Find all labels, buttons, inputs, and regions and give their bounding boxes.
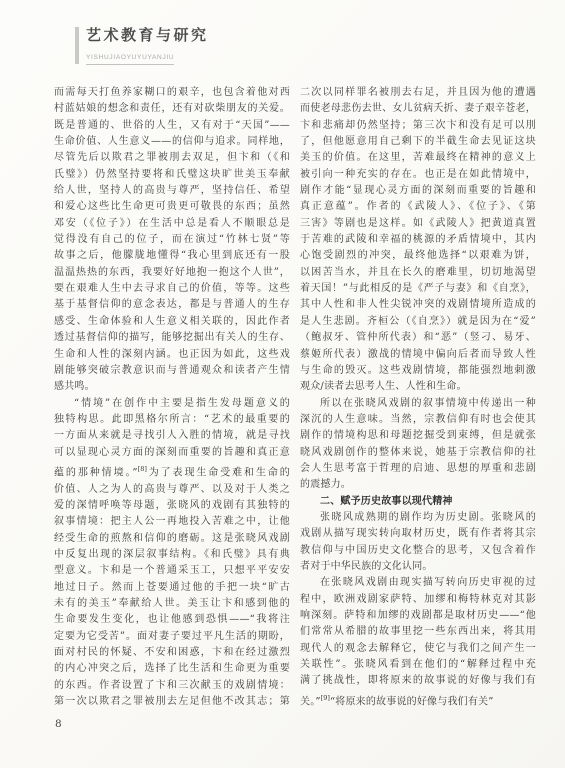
text-line: 现代人的观念去解释它，使它与我们之间产生一 bbox=[300, 641, 536, 657]
text-line: 关联性”。张晓风看到在他们的“解释过程中充 bbox=[300, 657, 536, 673]
text-segment: 给人世，坚持人的高贵与尊严，坚持信任、希望 bbox=[54, 185, 290, 196]
text-line: 美玉的价值。在这里，苦难最终在精神的意义上 bbox=[300, 150, 536, 166]
text-segment: 二、赋予历史故事以现代精神 bbox=[320, 496, 453, 507]
text-segment: 面对村民的怀疑、不安和困惑，卞和在经过激烈 bbox=[54, 647, 290, 658]
text-segment: 会人生思考富于哲理的启迪、思想的厚重和悲剧 bbox=[300, 463, 536, 474]
text-segment: 的东西。作者设置了卞和三次献玉的戏剧情境： bbox=[54, 680, 290, 691]
text-segment: 价值、人之为人的高贵与尊严、以及对于人类之 bbox=[54, 484, 290, 495]
text-segment: 戏剧从描写现实转向取材历史，既有作者将其宗 bbox=[300, 528, 536, 539]
text-segment: 为了表现生命受难和生命的 bbox=[147, 467, 290, 478]
text-line: 了，但他愿意用自己剩下的半截生命去见证这块 bbox=[300, 134, 536, 150]
text-line: 的震撼力。 bbox=[300, 477, 536, 493]
footnote-reference: [9] bbox=[321, 694, 330, 702]
text-line: 面对村民的怀疑、不安和困惑，卞和在经过激烈 bbox=[54, 645, 290, 661]
journal-title: 艺术教育与研究 bbox=[86, 26, 209, 44]
text-line: 与生命的毁灭。这些戏剧情境，都能强烈地刺激 bbox=[300, 363, 536, 379]
text-segment: 深沉的人生意味。当然，宗教信仰有时也会使其 bbox=[300, 414, 536, 425]
text-line: 关。”[9]“将原来的故事说的好像与我们有关” bbox=[300, 690, 536, 711]
text-segment: 满了挑战性，即将原来的故事说的好像与我们有 bbox=[300, 675, 536, 686]
text-line: 基于基督信仰的意念表达，都是与普通人的生存 bbox=[54, 297, 290, 313]
text-segment: 教信仰与中国历史文化整合的思考，又包含着作 bbox=[300, 545, 536, 556]
text-segment: 的内心冲突之后，选择了比生活和生命更为重要 bbox=[54, 663, 290, 674]
text-segment: 而使老母悲伤去世、女儿贫病夭折、妻子艰辛苍老， bbox=[300, 103, 536, 114]
text-segment: 着天国！”与此相反的是《严子与妻》和《自烹》， bbox=[300, 283, 536, 294]
text-segment: 经受生命的煎熬和信仰的磨砺。这是张晓风戏剧 bbox=[54, 533, 290, 544]
text-line: 生命和人性的深刻内涵。也正因为如此，这些戏 bbox=[54, 347, 290, 363]
text-line: “情境”在创作中主要是指生发母题意义的 bbox=[54, 396, 290, 412]
text-line: 爱的深情呼唤等母题，张晓风的戏剧有其独特的 bbox=[54, 498, 290, 514]
text-line: 村蓝姑娘的想念和责任，还有对砍柴朋友的关爱。 bbox=[54, 101, 290, 117]
text-column-left: 而需每天打鱼养家糊口的艰辛，也包含着他对西村蓝姑娘的想念和责任，还有对砍柴朋友的… bbox=[54, 85, 290, 710]
text-line: 定要为它受苦”。面对妻子要过平凡生活的期盼， bbox=[54, 629, 290, 645]
text-segment: 未有的美玉”奉献给人世。美玉让卞和感到他的 bbox=[54, 598, 290, 609]
text-line: 价值、人之为人的高贵与尊严、以及对于人类之 bbox=[54, 482, 290, 498]
text-segment: 邓安（《位子》）在生活中总是看人不顺眼总是 bbox=[54, 218, 290, 229]
text-line: 心饱受剧烈的冲突，最终他选择“以艰难为饼， bbox=[300, 248, 536, 264]
text-segment: 既是普通的、世俗的人生，又有对于“天国”—— bbox=[54, 120, 290, 131]
text-line: 剧能够突破宗教意识而与普通观众和读者产生情 bbox=[54, 363, 290, 379]
text-segment: 基于基督信仰的意念表达，都是与普通人的生存 bbox=[54, 299, 290, 310]
text-line: 二次以同样罪名被刖去右足，并且因为他的遭遇 bbox=[300, 85, 536, 101]
text-line: 而需每天打鱼养家糊口的艰辛，也包含着他对西 bbox=[54, 85, 290, 101]
text-line: 观众/读者去思考人生、人性和生命。 bbox=[300, 379, 536, 395]
text-segment: 定要为它受苦”。面对妻子要过平凡生活的期盼， bbox=[54, 631, 290, 642]
text-line: 剧作才能“显现心灵方面的深刻而重要的旨趣和 bbox=[300, 183, 536, 199]
text-line: 中反复出现的深层叙事结构。《和氏璧》具有典 bbox=[54, 547, 290, 563]
journal-title-pinyin: YISHUJIAOYUYUYANJIU bbox=[86, 54, 174, 65]
text-segment: 张晓风成熟期的剧作均为历史剧。张晓风的 bbox=[320, 512, 536, 523]
text-segment: 被引向一种充实的存在。也正是在如此情境中， bbox=[300, 169, 536, 180]
text-line: 戏剧从描写现实转向取材历史，既有作者将其宗 bbox=[300, 526, 536, 542]
text-line: 响深刻。萨特和加缪的戏剧都是取材历史——“他 bbox=[300, 608, 536, 624]
text-line: 晓风戏剧创作的整体来说，她基于宗教信仰的社 bbox=[300, 445, 536, 461]
text-line: 觉得没有自己的位子，而在演过“竹林七贤”等 bbox=[54, 232, 290, 248]
page-number: 8 bbox=[55, 718, 62, 730]
text-line: 会人生思考富于哲理的启迪、思想的厚重和悲剧 bbox=[300, 461, 536, 477]
text-segment: 觉得没有自己的位子，而在演过“竹林七贤”等 bbox=[54, 234, 290, 245]
text-line: 邓安（《位子》）在生活中总是看人不顺眼总是 bbox=[54, 216, 290, 232]
text-segment: 透过基督信仰的描写，能够挖掘出有关人的生存、 bbox=[54, 332, 290, 343]
text-segment: 氏璧》）仍然坚持要将和氏璧这块旷世美玉奉献 bbox=[54, 169, 290, 180]
text-line: 地过日子。然而上苍要通过他的手把一块“旷古 bbox=[54, 580, 290, 596]
text-segment: 了，但他愿意用自己剩下的半截生命去见证这块 bbox=[300, 136, 536, 147]
text-line: 透过基督信仰的描写，能够挖掘出有关人的生存、 bbox=[54, 330, 290, 346]
text-segment: 者对于中华民族的文化认同。 bbox=[300, 561, 433, 572]
text-line: 于苦难的武陵和幸福的桃源的矛盾情境中，其内 bbox=[300, 232, 536, 248]
text-segment: 蕴的那种情境。” bbox=[54, 467, 138, 478]
text-segment: 而需每天打鱼养家糊口的艰辛，也包含着他对西 bbox=[54, 87, 290, 98]
text-line: 既是普通的、世俗的人生，又有对于“天国”—— bbox=[54, 118, 290, 134]
masthead-text: 艺术教育与研究 YISHUJIAOYUYUYANJIU bbox=[86, 26, 209, 65]
text-line: 经受生命的煎熬和信仰的磨砺。这是张晓风戏剧 bbox=[54, 531, 290, 547]
text-line: 型意义。卞和是一个普通采玉工，只想平平安安 bbox=[54, 563, 290, 579]
text-segment: 蔡姬所代表）激战的情境中偏向后者而导致人性 bbox=[300, 349, 536, 360]
text-line: 蕴的那种情境。”[8]为了表现生命受难和生命的 bbox=[54, 461, 290, 482]
text-segment: “情境”在创作中主要是指生发母题意义的 bbox=[74, 398, 290, 409]
text-segment: 真正意蕴”。作者的《武陵人》、《位子》、《第 bbox=[300, 201, 536, 212]
text-segment: 剧作才能“显现心灵方面的深刻而重要的旨趣和 bbox=[300, 185, 536, 196]
text-line: 感受、生命体验和人生意义相关联的，因此作者 bbox=[54, 314, 290, 330]
text-segment: （鲍叔牙、管仲所代表）和“恶”（竖刁、易牙、 bbox=[300, 332, 536, 343]
text-line: 真正意蕴”。作者的《武陵人》、《位子》、《第 bbox=[300, 199, 536, 215]
text-line: 而使老母悲伤去世、女儿贫病夭折、妻子艰辛苍老， bbox=[300, 101, 536, 117]
text-line: 其中人性和非人性尖锐冲突的戏剧情境所造成的 bbox=[300, 297, 536, 313]
text-segment: 观众/读者去思考人生、人性和生命。 bbox=[300, 381, 467, 392]
text-line: 和爱心这些比生命更可贵更可敬畏的东西；虽然 bbox=[54, 199, 290, 215]
text-line: 感共鸣。 bbox=[54, 379, 290, 395]
text-segment: 所以在张晓风戏剧的叙事情境中传递出一种 bbox=[320, 398, 536, 409]
text-segment: 与生命的毁灭。这些戏剧情境，都能强烈地刺激 bbox=[300, 365, 536, 376]
text-line: 给人世，坚持人的高贵与尊严，坚持信任、希望 bbox=[54, 183, 290, 199]
text-segment: 可以显现心灵方面的深刻而重要的旨趣和真正意 bbox=[54, 447, 290, 458]
text-segment: 美玉的价值。在这里，苦难最终在精神的意义上 bbox=[300, 152, 536, 163]
text-line: 尽管先后以欺君之罪被刖去双足，但卞和（《和 bbox=[54, 150, 290, 166]
text-segment: 地过日子。然而上苍要通过他的手把一块“旷古 bbox=[54, 582, 290, 593]
text-segment: 关。” bbox=[300, 696, 321, 707]
text-segment: 生命要发生变化，也让他感到恐惧——“我将注 bbox=[54, 614, 290, 625]
text-line: 生命要发生变化，也让他感到恐惧——“我将注 bbox=[54, 612, 290, 628]
text-line: 们常常从希腊的故事里挖一些东西出来，将其用 bbox=[300, 624, 536, 640]
text-segment: 感受、生命体验和人生意义相关联的，因此作者 bbox=[54, 316, 290, 327]
text-segment: 的震撼力。 bbox=[300, 479, 351, 490]
text-line: 卞和悲痛却仍然坚持；第三次卞和没有足可以刖 bbox=[300, 118, 536, 134]
footnote-reference: [8] bbox=[138, 465, 147, 473]
text-segment: 温温热热的东西，我要好好地抱一抱这个人世”， bbox=[54, 267, 290, 278]
text-line: 生命价值、人生意义——的信仰与追求。同样地， bbox=[54, 134, 290, 150]
text-segment: 是人生悲剧。齐桓公（《自烹》）就是因为在“爱” bbox=[300, 316, 536, 327]
text-segment: 以困苦当水，并且在长久的磨难里，切切地渴望 bbox=[300, 267, 536, 278]
text-segment: 们常常从希腊的故事里挖一些东西出来，将其用 bbox=[300, 626, 536, 637]
text-line: 着天国！”与此相反的是《严子与妻》和《自烹》， bbox=[300, 281, 536, 297]
journal-masthead: 艺术教育与研究 YISHUJIAOYUYUYANJIU bbox=[75, 26, 209, 65]
masthead-divider-bar bbox=[75, 27, 79, 64]
text-segment: 心饱受剧烈的冲突，最终他选择“以艰难为饼， bbox=[300, 250, 536, 261]
text-segment: 故事之后，他朦胧地懂得“我心里到底还有一股 bbox=[54, 250, 290, 261]
text-segment: 程中，欧洲戏剧家萨特、加缪和梅特林克对其影 bbox=[300, 594, 536, 605]
text-segment: 晓风戏剧创作的整体来说，她基于宗教信仰的社 bbox=[300, 447, 536, 458]
text-line: 教信仰与中国历史文化整合的思考，又包含着作 bbox=[300, 543, 536, 559]
text-line: 剧作的情境构思和母题挖掘受到束缚，但是就张 bbox=[300, 428, 536, 444]
text-line: 一方面从来就是寻找引人入胜的情境，就是寻找 bbox=[54, 428, 290, 444]
text-line: 独特构思。此即黑格尔所言：“艺术的最重要的 bbox=[54, 412, 290, 428]
text-line: 满了挑战性，即将原来的故事说的好像与我们有 bbox=[300, 673, 536, 689]
text-segment: 其中人性和非人性尖锐冲突的戏剧情境所造成的 bbox=[300, 299, 536, 310]
text-line: 的东西。作者设置了卞和三次献玉的戏剧情境： bbox=[54, 678, 290, 694]
text-line: 蔡姬所代表）激战的情境中偏向后者而导致人性 bbox=[300, 347, 536, 363]
text-segment: 独特构思。此即黑格尔所言：“艺术的最重要的 bbox=[54, 414, 290, 425]
text-line: 可以显现心灵方面的深刻而重要的旨趣和真正意 bbox=[54, 445, 290, 461]
text-segment: 爱的深情呼唤等母题，张晓风的戏剧有其独特的 bbox=[54, 500, 290, 511]
text-segment: 三害》等剧也是这样。如《武陵人》把黄道真置 bbox=[300, 218, 536, 229]
text-line: 所以在张晓风戏剧的叙事情境中传递出一种 bbox=[300, 396, 536, 412]
text-segment: 现代人的观念去解释它，使它与我们之间产生一 bbox=[300, 643, 536, 654]
text-line: 故事之后，他朦胧地懂得“我心里到底还有一股 bbox=[54, 248, 290, 264]
text-segment: 尽管先后以欺君之罪被刖去双足，但卞和（《和 bbox=[54, 152, 290, 163]
text-line: 的内心冲突之后，选择了比生活和生命更为重要 bbox=[54, 661, 290, 677]
text-segment: 生命价值、人生意义——的信仰与追求。同样地， bbox=[54, 136, 290, 147]
journal-page: 艺术教育与研究 YISHUJIAOYUYUYANJIU 而需每天打鱼养家糊口的艰… bbox=[0, 0, 565, 768]
text-segment: 在张晓风戏剧由现实描写转向历史审视的过 bbox=[320, 577, 536, 588]
section-heading: 二、赋予历史故事以现代精神 bbox=[300, 494, 536, 510]
text-segment: 要在艰难人生中去寻求自己的价值，等等。这些 bbox=[54, 283, 290, 294]
text-line: 在张晓风戏剧由现实描写转向历史审视的过 bbox=[300, 575, 536, 591]
text-segment: 和爱心这些比生命更可贵更可敬畏的东西；虽然 bbox=[54, 201, 290, 212]
text-segment: 关联性”。张晓风看到在他们的“解释过程中充 bbox=[300, 659, 536, 670]
text-line: 是人生悲剧。齐桓公（《自烹》）就是因为在“爱” bbox=[300, 314, 536, 330]
text-segment: 剧作的情境构思和母题挖掘受到束缚，但是就张 bbox=[300, 430, 536, 441]
text-segment: 感共鸣。 bbox=[54, 381, 95, 392]
text-segment: 一方面从来就是寻找引人入胜的情境，就是寻找 bbox=[54, 430, 290, 441]
text-line: 要在艰难人生中去寻求自己的价值，等等。这些 bbox=[54, 281, 290, 297]
text-line: 被引向一种充实的存在。也正是在如此情境中， bbox=[300, 167, 536, 183]
text-segment: 卞和悲痛却仍然坚持；第三次卞和没有足可以刖 bbox=[300, 120, 536, 131]
text-line: 温温热热的东西，我要好好地抱一抱这个人世”， bbox=[54, 265, 290, 281]
text-segment: 型意义。卞和是一个普通采玉工，只想平平安安 bbox=[54, 565, 290, 576]
article-body: 而需每天打鱼养家糊口的艰辛，也包含着他对西村蓝姑娘的想念和责任，还有对砍柴朋友的… bbox=[54, 85, 536, 710]
text-segment: 村蓝姑娘的想念和责任，还有对砍柴朋友的关爱。 bbox=[54, 103, 290, 114]
text-line: （鲍叔牙、管仲所代表）和“恶”（竖刁、易牙、 bbox=[300, 330, 536, 346]
text-line: 深沉的人生意味。当然，宗教信仰有时也会使其 bbox=[300, 412, 536, 428]
text-line: 氏璧》）仍然坚持要将和氏璧这块旷世美玉奉献 bbox=[54, 167, 290, 183]
text-segment: 于苦难的武陵和幸福的桃源的矛盾情境中，其内 bbox=[300, 234, 536, 245]
text-line: 张晓风成熟期的剧作均为历史剧。张晓风的 bbox=[300, 510, 536, 526]
text-segment: 中反复出现的深层叙事结构。《和氏璧》具有典 bbox=[54, 549, 290, 560]
text-segment: 生命和人性的深刻内涵。也正因为如此，这些戏 bbox=[54, 349, 290, 360]
text-segment: 第一次以欺君之罪被刖去左足但他不改其志；第 bbox=[54, 696, 290, 707]
text-line: 未有的美玉”奉献给人世。美玉让卞和感到他的 bbox=[54, 596, 290, 612]
text-segment: 响深刻。萨特和加缪的戏剧都是取材历史——“他 bbox=[300, 610, 536, 621]
text-line: 程中，欧洲戏剧家萨特、加缪和梅特林克对其影 bbox=[300, 592, 536, 608]
text-segment: “将原来的故事说的好像与我们有关” bbox=[330, 696, 494, 707]
text-segment: 叙事情境：把主人公一再地投入苦难之中，让他 bbox=[54, 516, 290, 527]
text-segment: 二次以同样罪名被刖去右足，并且因为他的遭遇 bbox=[300, 87, 536, 98]
text-line: 者对于中华民族的文化认同。 bbox=[300, 559, 536, 575]
text-line: 三害》等剧也是这样。如《武陵人》把黄道真置 bbox=[300, 216, 536, 232]
text-segment: 剧能够突破宗教意识而与普通观众和读者产生情 bbox=[54, 365, 290, 376]
text-line: 叙事情境：把主人公一再地投入苦难之中，让他 bbox=[54, 514, 290, 530]
text-line: 第一次以欺君之罪被刖去左足但他不改其志；第 bbox=[54, 694, 290, 710]
text-line: 以困苦当水，并且在长久的磨难里，切切地渴望 bbox=[300, 265, 536, 281]
text-column-right: 二次以同样罪名被刖去右足，并且因为他的遭遇而使老母悲伤去世、女儿贫病夭折、妻子艰… bbox=[300, 85, 536, 710]
